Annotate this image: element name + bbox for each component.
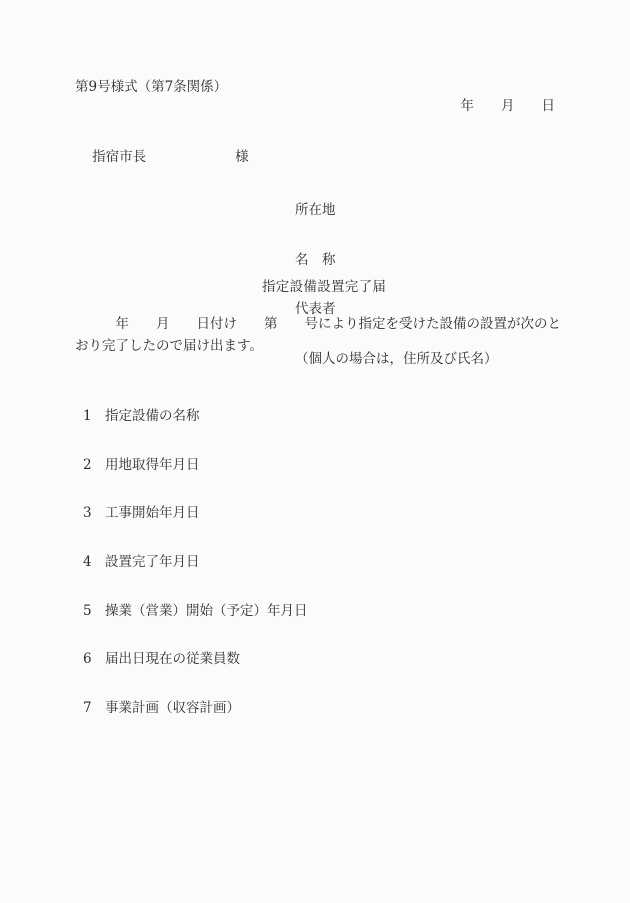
list-item-label: 事業計画（収容計画） [105, 702, 240, 716]
list-item: 4 設置完了年月日 [75, 556, 308, 578]
list-item: 7 事業計画（収容計画） [75, 702, 308, 724]
list-item: 2 用地取得年月日 [75, 459, 308, 481]
list-item: 3 工事開始年月日 [75, 507, 308, 529]
list-item-number: 1 [75, 410, 105, 424]
list-item-number: 5 [75, 605, 105, 619]
list-item-label: 届出日現在の従業員数 [105, 653, 240, 667]
body-paragraph-line-2: おり完了したので届け出ます。 [75, 340, 263, 354]
list-item-number: 3 [75, 507, 105, 521]
sender-address-label: 所在地 [295, 204, 498, 227]
addressee-honorific: 様 [235, 149, 249, 165]
addressee-name: 指宿市長 [92, 149, 146, 165]
list-item-number: 7 [75, 702, 105, 716]
body-paragraph-line-1: 年 月 日付け 第 号により指定を受けた設備の設置が次のと [75, 318, 561, 332]
form-document-page: 第9号様式（第7条関係） 年 月 日 指宿市長様 所在地 名 称 代表者 （個人… [0, 0, 630, 903]
items-list: 1 指定設備の名称 2 用地取得年月日 3 工事開始年月日 4 設置完了年月日 … [75, 383, 308, 751]
list-item-label: 設置完了年月日 [105, 556, 200, 570]
list-item-number: 4 [75, 556, 105, 570]
date-line: 年 月 日 [461, 100, 556, 114]
list-item-label: 工事開始年月日 [105, 507, 200, 521]
list-item-label: 操業（営業）開始（予定）年月日 [105, 605, 308, 619]
list-item-number: 6 [75, 653, 105, 667]
list-item: 6 届出日現在の従業員数 [75, 653, 308, 675]
list-item-label: 指定設備の名称 [105, 410, 200, 424]
form-number: 第9号様式（第7条関係） [75, 81, 227, 95]
document-title: 指定設備設置完了届 [262, 281, 386, 295]
list-item-label: 用地取得年月日 [105, 459, 200, 473]
list-item-number: 2 [75, 459, 105, 473]
list-item: 1 指定設備の名称 [75, 410, 308, 432]
list-item: 5 操業（営業）開始（予定）年月日 [75, 605, 308, 627]
sender-individual-note: （個人の場合は，住所及び氏名） [295, 353, 498, 376]
sender-name-label: 名 称 [295, 254, 498, 277]
addressee-line: 指宿市長様 [75, 137, 249, 178]
